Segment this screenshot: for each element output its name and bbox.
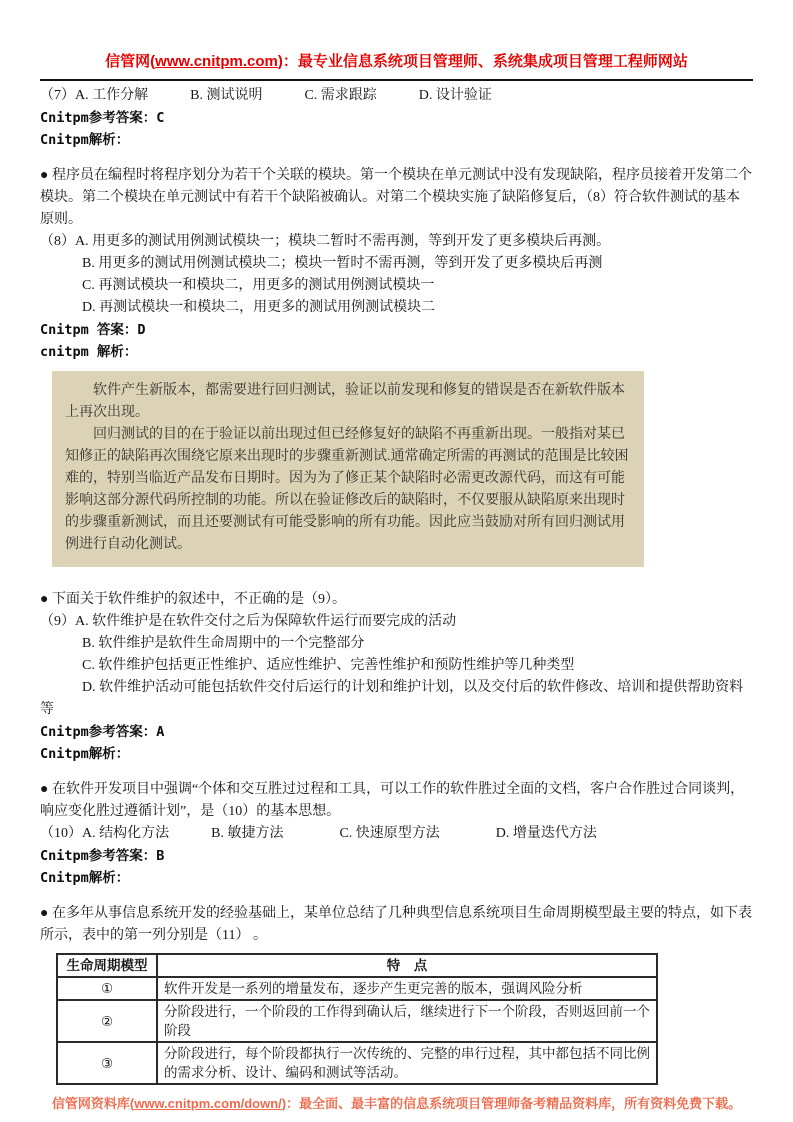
table-cell-feature: 分阶段进行，每个阶段都执行一次传统的、完整的串行过程，其中都包括不同比例的需求分…	[157, 1042, 657, 1084]
table-row: ③ 分阶段进行，每个阶段都执行一次传统的、完整的串行过程，其中都包括不同比例的需…	[57, 1042, 657, 1084]
q8-answer-line: Cnitpm 答案：D	[40, 319, 753, 341]
q9-stem: ● 下面关于软件维护的叙述中，不正确的是（9）。	[40, 589, 753, 611]
site-header-prefix: 信管网(	[105, 53, 155, 70]
header-divider	[40, 79, 753, 81]
table-row: ② 分阶段进行，一个阶段的工作得到确认后，继续进行下一个阶段，否则返回前一个阶段	[57, 1000, 657, 1042]
q10-answer-line: Cnitpm参考答案：B	[40, 845, 753, 867]
table-cell-model: ①	[57, 977, 157, 1000]
section-spacer	[40, 581, 753, 589]
site-header: 信管网(www.cnitpm.com)：最专业信息系统项目管理师、系统集成项目管…	[40, 52, 753, 72]
q8-option-a: （8）A. 用更多的测试用例测试模块一；模块二暂时不需再测，等到开发了更多模块后…	[40, 231, 753, 253]
section-spacer	[40, 151, 753, 165]
table-header-feature: 特 点	[157, 954, 657, 977]
q8-option-c: C. 再测试模块一和模块二，用更多的测试用例测试模块一	[40, 275, 753, 297]
note-paragraph: 软件产生新版本，都需要进行回归测试，验证以前发现和修复的错误是否在新软件版本上再…	[65, 380, 631, 424]
q11-stem: ● 在多年从事信息系统开发的经验基础上，某单位总结了几种典型信息系统项目生命周期…	[40, 903, 753, 947]
q7-analysis-label: Cnitpm解析：	[40, 129, 753, 151]
table-cell-feature: 分阶段进行，一个阶段的工作得到确认后，继续进行下一个阶段，否则返回前一个阶段	[157, 1000, 657, 1042]
q10-stem: ● 在软件开发项目中强调“个体和交互胜过过程和工具，可以工作的软件胜过全面的文档…	[40, 779, 753, 823]
site-footer-link[interactable]: www.cnitpm.com/down/	[134, 1096, 282, 1111]
table-cell-model: ②	[57, 1000, 157, 1042]
section-spacer	[40, 567, 753, 581]
q7-options-line: （7）A. 工作分解 B. 测试说明 C. 需求跟踪 D. 设计验证	[40, 85, 753, 107]
table-row: ① 软件开发是一系列的增量发布，逐步产生更完善的版本，强调风险分析	[57, 977, 657, 1000]
site-footer-suffix: )：最全面、最丰富的信息系统项目管理师备考精品资料库，所有资料免费下载。	[282, 1096, 741, 1111]
table-header-model: 生命周期模型	[57, 954, 157, 977]
section-spacer	[40, 765, 753, 779]
document-page: 信管网(www.cnitpm.com)：最专业信息系统项目管理师、系统集成项目管…	[0, 0, 793, 1122]
site-header-suffix: )：最专业信息系统项目管理师、系统集成项目管理工程师网站	[278, 53, 688, 70]
q9-option-b: B. 软件维护是软件生命周期中的一个完整部分	[40, 633, 753, 655]
note-paragraph: 回归测试的目的在于验证以前出现过但已经修复好的缺陷不再重新出现。一般指对某已知修…	[65, 424, 631, 556]
q10-options-line: （10）A. 结构化方法 B. 敏捷方法 C. 快速原型方法 D. 增量迭代方法	[40, 823, 753, 845]
q9-option-c: C. 软件维护包括更正性维护、适应性维护、完善性维护和预防性维护等几种类型	[40, 655, 753, 677]
q8-option-d: D. 再测试模块一和模块二，用更多的测试用例测试模块二	[40, 297, 753, 319]
q9-option-d: D. 软件维护活动可能包括软件交付后运行的计划和维护计划，以及交付后的软件修改、…	[40, 677, 753, 721]
q7-answer-line: Cnitpm参考答案：C	[40, 107, 753, 129]
table-cell-model: ③	[57, 1042, 157, 1084]
q9-answer-line: Cnitpm参考答案：A	[40, 721, 753, 743]
table-header-row: 生命周期模型 特 点	[57, 954, 657, 977]
table-cell-feature: 软件开发是一系列的增量发布，逐步产生更完善的版本，强调风险分析	[157, 977, 657, 1000]
q8-stem: ● 程序员在编程时将程序划分为若干个关联的模块。第一个模块在单元测试中没有发现缺…	[40, 165, 753, 231]
q9-analysis-label: Cnitpm解析：	[40, 743, 753, 765]
q10-analysis-label: Cnitpm解析：	[40, 867, 753, 889]
q8-analysis-label: cnitpm 解析：	[40, 341, 753, 363]
q8-option-b: B. 用更多的测试用例测试模块二；模块一暂时不需再测，等到开发了更多模块后再测	[40, 253, 753, 275]
site-footer: 信管网资料库(www.cnitpm.com/down/)：最全面、最丰富的信息系…	[40, 1095, 753, 1113]
lifecycle-model-table: 生命周期模型 特 点 ① 软件开发是一系列的增量发布，逐步产生更完善的版本，强调…	[56, 953, 658, 1085]
section-spacer	[40, 889, 753, 903]
regression-testing-note-scan: 软件产生新版本，都需要进行回归测试，验证以前发现和修复的错误是否在新软件版本上再…	[52, 371, 644, 567]
q9-option-a: （9）A. 软件维护是在软件交付之后为保障软件运行而要完成的活动	[40, 611, 753, 633]
site-footer-prefix: 信管网资料库(	[52, 1096, 134, 1111]
site-header-link[interactable]: www.cnitpm.com	[155, 53, 278, 70]
document-body: （7）A. 工作分解 B. 测试说明 C. 需求跟踪 D. 设计验证 Cnitp…	[40, 85, 753, 1113]
